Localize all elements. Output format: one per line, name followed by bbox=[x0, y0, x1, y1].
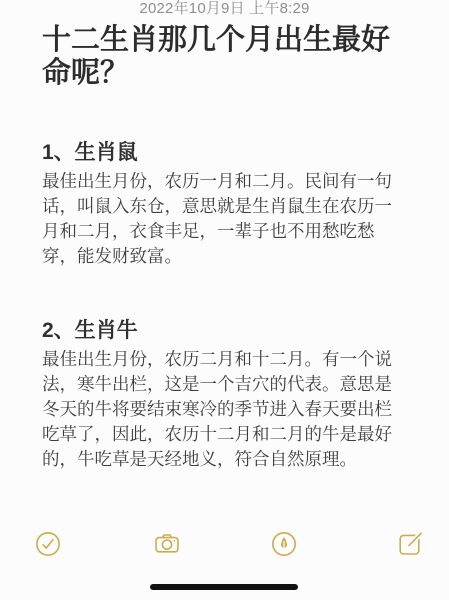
home-indicator[interactable] bbox=[150, 584, 298, 590]
checklist-button[interactable] bbox=[32, 528, 64, 560]
section-1-heading[interactable]: 1、生肖鼠 bbox=[42, 140, 402, 166]
note-title[interactable]: 十二生肖那几个月出生最好命呢？ bbox=[42, 24, 410, 90]
section-1-body[interactable]: 最佳出生月份，农历一月和二月。民间有一句话，叫鼠入东仓，意思就是生肖鼠生在农历一… bbox=[42, 169, 398, 269]
markup-icon bbox=[268, 530, 300, 558]
compose-button[interactable] bbox=[395, 527, 427, 559]
markup-button[interactable] bbox=[268, 528, 300, 560]
checklist-icon bbox=[32, 530, 64, 558]
notes-app-screen: 2022年10月9日 上午8:29 十二生肖那几个月出生最好命呢？ 1、生肖鼠 … bbox=[0, 0, 449, 600]
note-timestamp: 2022年10月9日 上午8:29 bbox=[0, 0, 449, 17]
bottom-toolbar bbox=[0, 526, 449, 562]
camera-button[interactable] bbox=[151, 528, 183, 560]
section-2-body[interactable]: 最佳出生月份，农历二月和十二月。有一个说法，寒牛出栏，这是一个吉穴的代表。意思是… bbox=[42, 347, 398, 472]
compose-icon bbox=[395, 529, 427, 557]
camera-icon bbox=[151, 530, 183, 558]
section-2-heading[interactable]: 2、生肖牛 bbox=[42, 318, 402, 344]
